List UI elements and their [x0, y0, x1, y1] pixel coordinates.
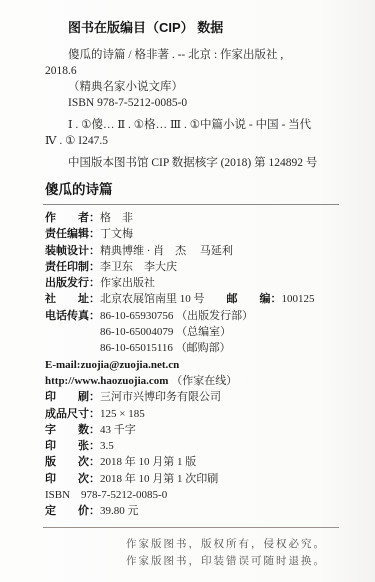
colophon-row: 出版发行：作家出版社	[45, 275, 339, 291]
field-value: 86-10-65015116 （邮购部）	[100, 342, 231, 354]
field-label: 邮 编：	[227, 293, 282, 305]
colophon-row: 版 次：2018 年 10 月第 1 版	[45, 454, 339, 470]
colophon-row: 86-10-65004079 （总编室）	[45, 324, 339, 340]
field-label: 出版发行：	[45, 277, 100, 289]
copyright-page: 图书在版编目（CIP） 数据 傻瓜的诗篇 / 格非著 . -- 北京 : 作家出…	[0, 0, 375, 582]
field-value: 2018 年 10 月第 1 版	[100, 456, 196, 468]
colophon-row: 定 价：39.80 元	[45, 503, 339, 519]
cip-line: （精典名家小说文库）	[45, 79, 339, 95]
colophon-row: 作 者：格 非	[45, 210, 339, 226]
field-label: 印 张：	[45, 440, 100, 452]
colophon-row: 责任印制：李卫东 李大庆	[45, 259, 339, 275]
field-label: 字 数：	[45, 424, 100, 436]
colophon-row: 装帧设计：精典博维 · 肖 杰 马延利	[45, 243, 339, 259]
colophon-row: 印 张：3.5	[45, 438, 339, 454]
field-value: ISBN 978-7-5212-0085-0	[45, 489, 167, 501]
field-value: 格 非	[100, 212, 133, 224]
field-value: 3.5	[100, 440, 114, 452]
field-value: 2018 年 10 月第 1 次印刷	[100, 473, 218, 485]
field-value: 125 × 185	[100, 408, 145, 420]
cip-line: 中国版本图书馆 CIP 数据核字 (2018) 第 124892 号	[45, 155, 339, 171]
colophon-row: 电话传真：86-10-65930756 （出版发行部）	[45, 308, 339, 324]
notices-block: 作家版图书，版权所有，侵权必究。作家版图书，印装错误可随时退换。	[45, 536, 339, 570]
field-value: 李卫东 李大庆	[100, 261, 177, 273]
field-value: 作家出版社	[100, 277, 155, 289]
colophon-row: 成品尺寸：125 × 185	[45, 406, 339, 422]
cip-block: 图书在版编目（CIP） 数据 傻瓜的诗篇 / 格非著 . -- 北京 : 作家出…	[45, 20, 339, 171]
field-value: 北京农展馆南里 10 号	[100, 293, 227, 305]
cip-line: 2018.6	[45, 63, 339, 79]
cip-heading: 图书在版编目（CIP） 数据	[45, 20, 339, 36]
colophon-row: 86-10-65015116 （邮购部）	[45, 340, 339, 356]
colophon-row: ISBN 978-7-5212-0085-0	[45, 487, 339, 503]
field-label: 电话传真：	[45, 310, 100, 322]
divider-top	[43, 204, 339, 205]
notice-line: 作家版图书，版权所有，侵权必究。	[113, 536, 339, 553]
colophon-row: 字 数：43 千字	[45, 422, 339, 438]
field-label: 成品尺寸：	[45, 408, 100, 420]
field-value: 86-10-65004079 （总编室）	[100, 326, 231, 338]
book-title: 傻瓜的诗篇	[45, 182, 339, 198]
cip-line: ISBN 978-7-5212-0085-0	[45, 95, 339, 111]
colophon-block: 作 者：格 非责任编辑：丁文梅装帧设计：精典博维 · 肖 杰 马延利责任印制：李…	[45, 210, 339, 520]
field-label: 印 次：	[45, 473, 100, 485]
field-value: （作家在线）	[168, 375, 237, 387]
cip-line: Ⅰ . ①傻… Ⅱ . ①格… Ⅲ . ①中篇小说 - 中国 - 当代	[45, 117, 339, 133]
field-label: 社 址：	[45, 293, 100, 305]
field-label: 印 刷：	[45, 391, 100, 403]
field-label: 作 者：	[45, 212, 100, 224]
field-value: 100125	[282, 293, 315, 305]
field-value: 精典博维 · 肖 杰 马延利	[100, 245, 233, 257]
cip-line: Ⅳ . ① I247.5	[45, 133, 339, 149]
divider-bottom	[43, 527, 339, 528]
field-value: 三河市兴博印务有限公司	[100, 391, 221, 403]
cip-line: 傻瓜的诗篇 / 格非著 . -- 北京 : 作家出版社 ,	[45, 47, 339, 63]
field-label: 版 次：	[45, 456, 100, 468]
field-label: 责任印制：	[45, 261, 100, 273]
field-value: E-mail:zuojia@zuojia.net.cn	[45, 359, 179, 371]
field-label: 装帧设计：	[45, 245, 100, 257]
colophon-row: http://www.haozuojia.com （作家在线）	[45, 373, 339, 389]
colophon-row: 印 次：2018 年 10 月第 1 次印刷	[45, 471, 339, 487]
colophon-row: E-mail:zuojia@zuojia.net.cn	[45, 357, 339, 373]
colophon-row: 社 址：北京农展馆南里 10 号 邮 编：100125	[45, 291, 339, 307]
field-value: 43 千字	[100, 424, 136, 436]
field-value: 丁文梅	[100, 228, 133, 240]
field-value: 86-10-65930756 （出版发行部）	[100, 310, 253, 322]
field-label: 责任编辑：	[45, 228, 100, 240]
cip-lines: 傻瓜的诗篇 / 格非著 . -- 北京 : 作家出版社 ,2018.6（精典名家…	[45, 47, 339, 171]
colophon-row: 责任编辑：丁文梅	[45, 226, 339, 242]
field-label: 定 价：	[45, 505, 100, 517]
colophon-row: 印 刷：三河市兴博印务有限公司	[45, 389, 339, 405]
field-value: 39.80 元	[100, 505, 139, 517]
notice-line: 作家版图书，印装错误可随时退换。	[113, 553, 339, 570]
field-value: http://www.haozuojia.com	[45, 375, 168, 387]
